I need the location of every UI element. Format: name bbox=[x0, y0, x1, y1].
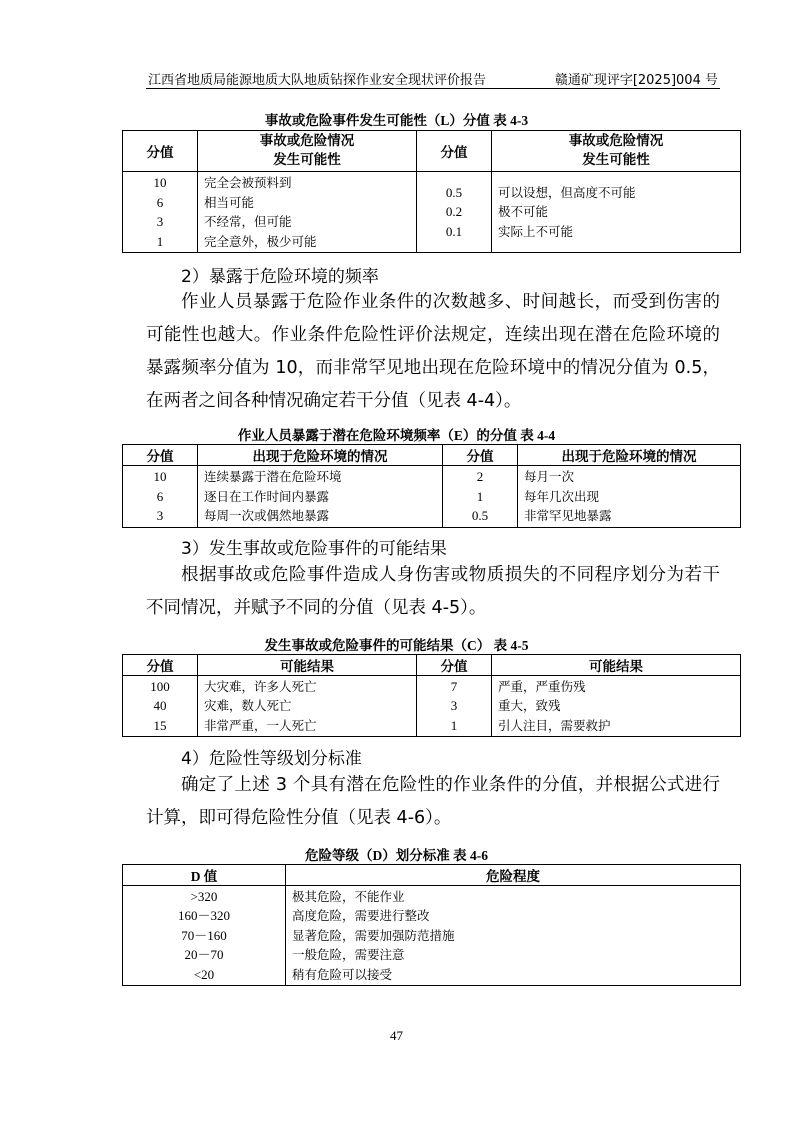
section-heading: 2）暴露于危险环境的频率 bbox=[181, 262, 379, 287]
table-cell: 极其危险，不能作业高度危险，需要进行整改显著危险，需要加强防范措施一般危险，需要… bbox=[286, 886, 741, 986]
table-cell: >320160－32070－16020－70<20 bbox=[123, 886, 286, 986]
table-cell: 完全会被预料到相当可能不经常，但可能完全意外，极少可能 bbox=[198, 172, 417, 253]
table-header: 出现于危险环境的情况 bbox=[198, 445, 443, 466]
table-header: 分值 bbox=[123, 655, 198, 676]
table-header: 事故或危险情况发生可能性 bbox=[198, 131, 417, 172]
table-header: 分值 bbox=[417, 655, 492, 676]
table-cell: 1004015 bbox=[123, 676, 198, 737]
table-header: 事故或危险情况发生可能性 bbox=[492, 131, 741, 172]
report-number: 赣通矿现评字[2025]004 号 bbox=[555, 69, 718, 88]
table-cell: 1063 bbox=[123, 466, 198, 528]
page-header: 江西省地质局能源地质大队地质钻探作业安全现状评价报告 赣通矿现评字[2025]0… bbox=[146, 66, 720, 89]
table-cell: 210.5 bbox=[443, 466, 518, 528]
table-header: 分值 bbox=[123, 131, 198, 172]
table-cell: 严重，严重伤残重大，致残引人注目，需要救护 bbox=[492, 676, 741, 737]
report-title: 江西省地质局能源地质大队地质钻探作业安全现状评价报告 bbox=[148, 69, 486, 88]
table-4-3: 分值 事故或危险情况发生可能性 分值 事故或危险情况发生可能性 10631 完全… bbox=[122, 130, 741, 253]
table-header: 分值 bbox=[417, 131, 492, 172]
table-cell: 10631 bbox=[123, 172, 198, 253]
table-4-4: 分值 出现于危险环境的情况 分值 出现于危险环境的情况 1063 连续暴露于潜在… bbox=[122, 444, 741, 528]
table-header: 危险程度 bbox=[286, 865, 741, 886]
table-header: 可能结果 bbox=[198, 655, 417, 676]
table-4-5: 分值 可能结果 分值 可能结果 1004015 大灾难，许多人死亡灾难，数人死亡… bbox=[122, 654, 741, 737]
table-cell: 连续暴露于潜在危险环境逐日在工作时间内暴露每周一次或偶然地暴露 bbox=[198, 466, 443, 528]
page-number: 47 bbox=[0, 1028, 793, 1044]
table-header: 分值 bbox=[123, 445, 198, 466]
paragraph: 作业人员暴露于危险作业条件的次数越多、时间越长，而受到伤害的可能性也越大。作业条… bbox=[146, 286, 720, 418]
table-header: D 值 bbox=[123, 865, 286, 886]
table-header: 出现于危险环境的情况 bbox=[518, 445, 741, 466]
section-heading: 4）危险性等级划分标准 bbox=[181, 744, 362, 769]
table-cell: 0.50.20.1 bbox=[417, 172, 492, 253]
table-cell: 可以设想，但高度不可能极不可能实际上不可能 bbox=[492, 172, 741, 253]
table-4-6: D 值 危险程度 >320160－32070－16020－70<20 极其危险，… bbox=[122, 864, 741, 986]
table-header: 可能结果 bbox=[492, 655, 741, 676]
table-cell: 大灾难，许多人死亡灾难，数人死亡非常严重，一人死亡 bbox=[198, 676, 417, 737]
table-4-6-caption: 危险等级（D）划分标准 表 4-6 bbox=[0, 844, 793, 864]
section-heading: 3）发生事故或危险事件的可能结果 bbox=[181, 534, 447, 559]
table-header: 分值 bbox=[443, 445, 518, 466]
table-4-5-caption: 发生事故或危险事件的可能结果（C） 表 4-5 bbox=[0, 634, 793, 654]
table-cell: 731 bbox=[417, 676, 492, 737]
paragraph: 确定了上述 3 个具有潜在危险性的作业条件的分值，并根据公式进行计算，即可得危险… bbox=[146, 769, 720, 835]
paragraph: 根据事故或危险事件造成人身伤害或物质损失的不同程序划分为若干不同情况，并赋予不同… bbox=[146, 559, 720, 625]
table-4-4-caption: 作业人员暴露于潜在危险环境频率（E）的分值 表 4-4 bbox=[0, 424, 793, 444]
table-cell: 每月一次每年几次出现非常罕见地暴露 bbox=[518, 466, 741, 528]
table-4-3-caption: 事故或危险事件发生可能性（L）分值 表 4-3 bbox=[0, 109, 793, 129]
